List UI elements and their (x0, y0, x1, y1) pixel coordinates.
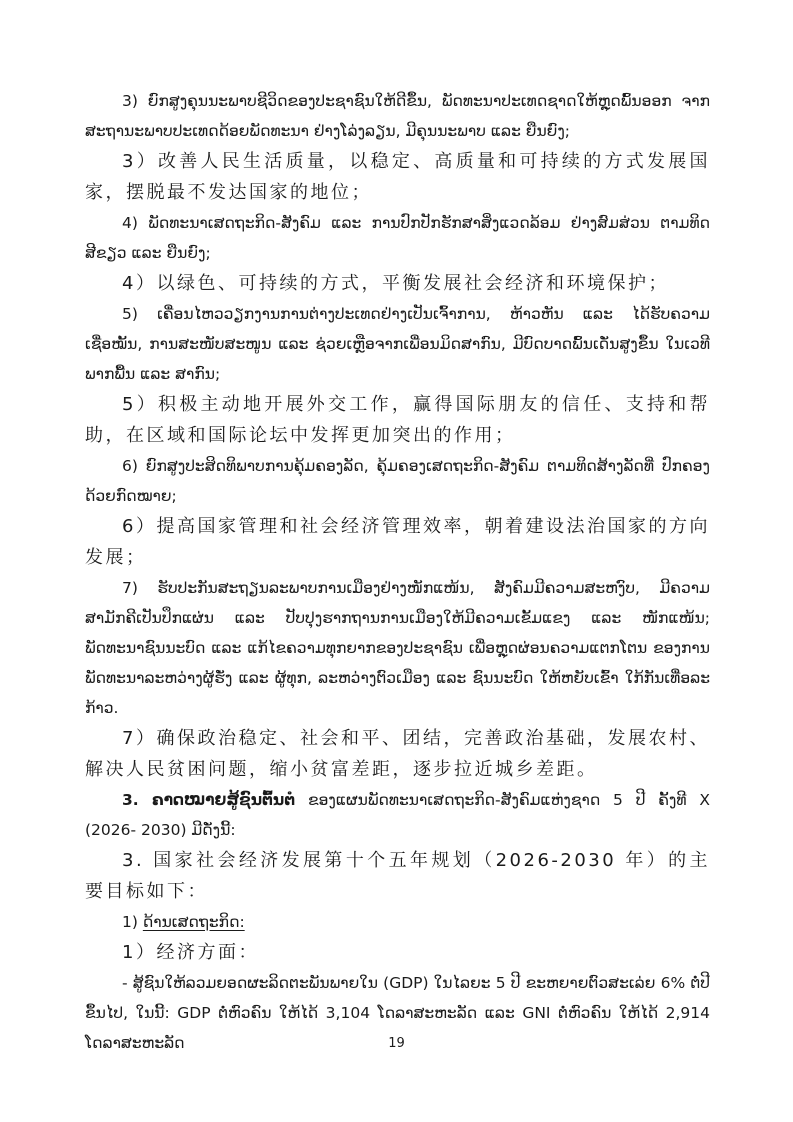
page-number: 19 (0, 1036, 793, 1051)
document-body: 3) ຍົກສູງຄຸນນະພາບຊີວິດຂອງປະຊາຊົນໃຫ້ດີຂຶ້… (85, 86, 710, 1058)
paragraph-lao-section-3-heading: 3. ຄາດໝາຍສູ້ຊົນຕົ້ນຕໍ ຂອງແຜນພັດທະນາເສດຖະ… (85, 785, 710, 845)
paragraph-chinese-item-5: 5）积极主动地开展外交工作，赢得国际朋友的信任、支持和帮助，在区域和国际论坛中发… (85, 389, 710, 451)
paragraph-lao-item-6: 6) ຍົກສູງປະສິດທິພາບການຄຸ້ມຄອງລັດ, ຄຸ້ມຄອ… (85, 451, 710, 511)
document-page: 3) ຍົກສູງຄຸນນະພາບຊີວິດຂອງປະຊາຊົນໃຫ້ດີຂຶ້… (0, 0, 793, 1122)
paragraph-chinese-item-4: 4）以绿色、可持续的方式，平衡发展社会经济和环境保护； (85, 268, 710, 299)
econ-heading-number-lao: 1) (122, 913, 143, 931)
paragraph-lao-item-7: 7) ຮັບປະກັນສະຖຽນລະພາບການເມືອງຢ່າງໜັກແໜ້ນ… (85, 573, 710, 723)
paragraph-chinese-item-3: 3）改善人民生活质量，以稳定、高质量和可持续的方式发展国家，摆脱最不发达国家的地… (85, 146, 710, 208)
paragraph-chinese-item-7: 7）确保政治稳定、社会和平、团结，完善政治基础，发展农村、解决人民贫困问题，缩小… (85, 723, 710, 785)
paragraph-lao-item-3: 3) ຍົກສູງຄຸນນະພາບຊີວິດຂອງປະຊາຊົນໃຫ້ດີຂຶ້… (85, 86, 710, 146)
paragraph-lao-item-5: 5) ເຄື່ອນໄຫວວຽກງານການຕ່າງປະເທດຢ່າງເປັນເຈ… (85, 299, 710, 389)
paragraph-chinese-section-3-heading: 3. 国家社会经济发展第十个五年规划（2026-2030 年）的主要目标如下： (85, 845, 710, 907)
econ-heading-label-lao: ດ້ານເສດຖະກິດ: (143, 913, 245, 931)
paragraph-lao-econ-heading: 1) ດ້ານເສດຖະກິດ: (85, 907, 710, 937)
paragraph-lao-item-4: 4) ພັດທະນາເສດຖະກິດ-ສັງຄົມ ແລະ ການປົກປັກຮ… (85, 208, 710, 268)
paragraph-chinese-econ-heading: 1）经济方面： (85, 937, 710, 968)
section-3-heading-lead-lao: 3. ຄາດໝາຍສູ້ຊົນຕົ້ນຕໍ (122, 791, 295, 809)
paragraph-chinese-item-6: 6）提高国家管理和社会经济管理效率，朝着建设法治国家的方向发展； (85, 511, 710, 573)
